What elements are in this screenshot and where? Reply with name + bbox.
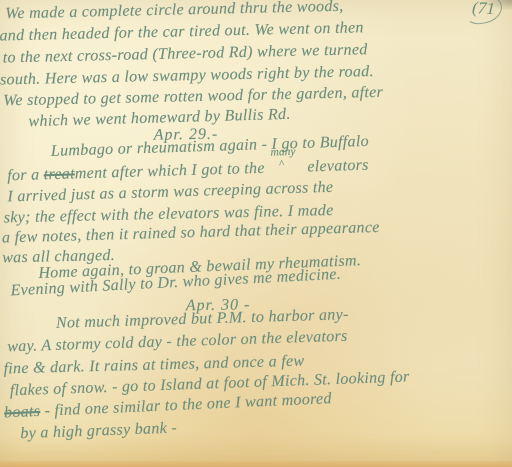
text-segment: ment after which I got to the	[75, 160, 265, 183]
text-segment: for a	[7, 166, 44, 184]
text-segment: elevators	[307, 157, 369, 176]
journal-line: by a high grassy bank -	[20, 419, 177, 444]
caret-mark: ^	[279, 155, 285, 174]
struck-word: boats	[4, 403, 41, 422]
page-bottom-edge	[0, 461, 512, 467]
struck-word: treat	[43, 165, 75, 183]
journal-page: (71 We made a complete circle around thr…	[0, 0, 512, 467]
handwriting-layer: (71 We made a complete circle around thr…	[0, 0, 512, 467]
insertion: many^	[269, 156, 303, 173]
page-number: (71	[472, 0, 496, 19]
